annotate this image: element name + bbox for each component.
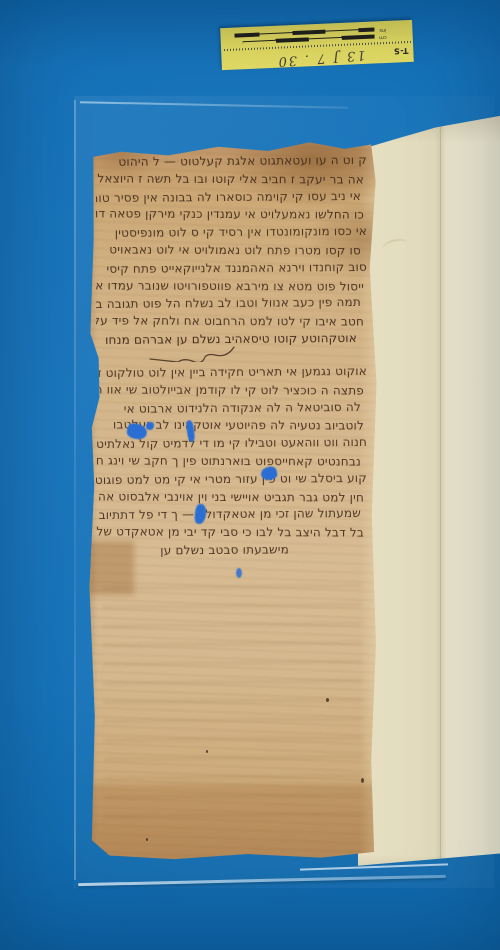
blue-ink-blot — [236, 568, 242, 578]
manuscript-text-line: אה בר יעקב ז חביב אלי קוטו ובו בל תשה ז … — [96, 170, 364, 189]
manuscript-fragment: ק וט ה עו ועטאתגוט אלגת קעלטוט — ל היהוט… — [86, 138, 380, 862]
ruler-classmark-handwritten: 13 J 7 . 30 — [255, 47, 366, 71]
manuscript-text-line: אי כסו מונקומונטדו אין רסיד קי ס לוט מונ… — [96, 223, 367, 243]
manuscript-text-line: שמעתול שהן זכי מן אטאקדולב — ך די פל דתת… — [96, 505, 361, 525]
manuscript-text-line: סו קסו מטרו פתח לוט נאמולויט אי לוט נאבא… — [96, 241, 361, 260]
manuscript-text-line: פתצה ה כוכציר לוט קי לו קודמן אבייולטוב … — [96, 381, 364, 400]
manuscript-text-line: לה סוביטאל ה לה אנקודה הלנידוט ארבוט אי — [96, 399, 361, 419]
manuscript-text-line: אי ניב עסו קי קוימה כוסארו לה בבונה אין … — [96, 188, 361, 208]
folded-backing-leaf — [358, 112, 500, 878]
manuscript-text-line: מישבעתו סבטב נשלם ען — [139, 541, 289, 560]
backing-fold-crease — [440, 112, 441, 878]
ruler-inches-label: ins — [379, 27, 386, 32]
manuscript-text-line: ייסול פוט מטא צו מירבא פווטפורויטו שנובר… — [96, 277, 364, 296]
backing-crinkle-mark — [381, 237, 409, 256]
manuscript-text-line: חטב איבו קי לטו למט הרחבוט אח ולחק אל פי… — [96, 313, 364, 332]
scale-ruler: 13 J 7 . 30 T-S cm ins — [220, 20, 414, 70]
verso-text-showthrough — [102, 585, 363, 820]
ruler-collection-label: T-S — [393, 46, 408, 56]
ruler-cm-label: cm — [379, 34, 387, 39]
manuscript-text-line: בל דבל היצב בל לבו כי סבי קד יבי מן אטאק… — [96, 524, 364, 543]
manuscript-text-line: סוב קוחנדו וירנא האהמננד אלנייוקאייט פתח… — [96, 259, 367, 279]
paper-hole — [146, 838, 148, 841]
paper-hole — [206, 750, 208, 753]
pen-flourish-signature — [144, 342, 240, 362]
manuscript-text-line: אוקוט נגמען אי תאריט חקידה ביין אין לוט … — [96, 363, 367, 383]
photograph-background: 13 J 7 . 30 T-S cm ins ק וט ה עו ועטאתגו… — [0, 0, 500, 950]
manuscript-text-line: חין למט גבר תגביט אויישי בני וין אוינבי … — [96, 488, 364, 507]
manuscript-text-line: כו החלשו נאמעלויט אי עמנדין כנקי מירקן פ… — [96, 206, 364, 225]
text-block-lower: אוקוט נגמען אי תאריט חקידה ביין אין לוט … — [96, 364, 367, 560]
sleeve-left-edge-highlight — [74, 100, 76, 880]
paper-hole — [361, 778, 364, 783]
manuscript-text-line: נבחנטיט קאחייספוט בוארנתוט פין ך חקב שי … — [96, 452, 361, 471]
text-block-upper: ק וט ה עו ועטאתגוט אלגת קעלטוט — ל היהוט… — [96, 153, 367, 349]
paper-hole — [326, 698, 329, 702]
manuscript-text-line: קוע ביסלב שי וט פין עזור מטרי אי קי מט ל… — [96, 470, 367, 490]
manuscript-text-line: תמה פין כעב אנוול וטבו לב נשלח הל פוט תג… — [96, 294, 361, 314]
manuscript-text-line: ק וט ה עו ועטאתגוט אלגת קעלטוט — ל היהוט — [96, 152, 367, 172]
